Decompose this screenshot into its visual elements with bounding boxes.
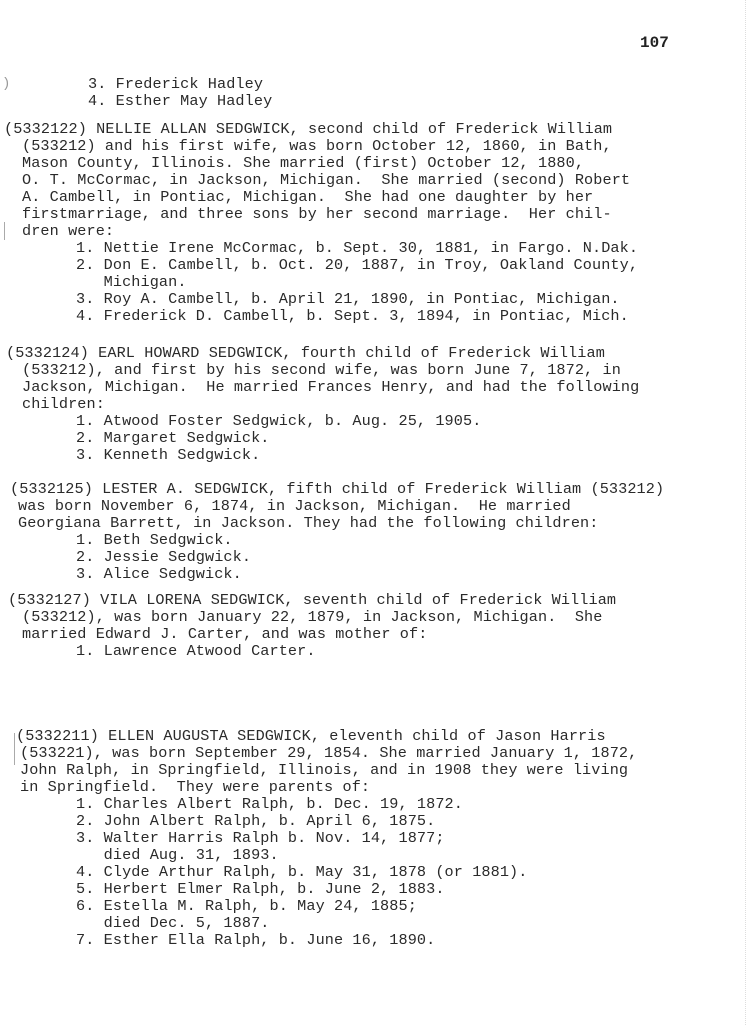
entry-heading-line: (5332125) LESTER A. SEDGWICK, fifth chil… — [10, 481, 664, 498]
margin-bar — [14, 733, 15, 765]
child-list-item: 1. Atwood Foster Sedgwick, b. Aug. 25, 1… — [76, 413, 481, 430]
entry-heading-line: (5332211) ELLEN AUGUSTA SEDGWICK, eleven… — [16, 728, 606, 745]
page-edge — [744, 0, 746, 1025]
child-list-item: 2. Margaret Sedgwick. — [76, 430, 270, 447]
entry-text-line: Jackson, Michigan. He married Frances He… — [22, 379, 639, 396]
entry-text-line: O. T. McCormac, in Jackson, Michigan. Sh… — [22, 172, 630, 189]
child-list-item: 4. Esther May Hadley — [88, 93, 272, 110]
entry-text-line: (533212), and first by his second wife, … — [22, 362, 621, 379]
entry-text-line: (533212) and his first wife, was born Oc… — [22, 138, 612, 155]
page-number: 107 — [640, 34, 669, 52]
entry-heading-line: (5332124) EARL HOWARD SEDGWICK, fourth c… — [6, 345, 605, 362]
entry-text-line: A. Cambell, in Pontiac, Michigan. She ha… — [22, 189, 593, 206]
child-list-item: 2. Jessie Sedgwick. — [76, 549, 251, 566]
child-list-item: died Dec. 5, 1887. — [76, 915, 270, 932]
child-list-item: 6. Estella M. Ralph, b. May 24, 1885; — [76, 898, 417, 915]
child-list-item: 1. Lawrence Atwood Carter. — [76, 643, 316, 660]
child-list-item: 3. Kenneth Sedgwick. — [76, 447, 260, 464]
entry-text-line: John Ralph, in Springfield, Illinois, an… — [20, 762, 628, 779]
entry-text-line: (533212), was born January 22, 1879, in … — [22, 609, 602, 626]
entry-text-line: children: — [22, 396, 105, 413]
entry-text-line: in Springfield. They were parents of: — [20, 779, 370, 796]
document-page: 107 ) 3. Frederick Hadley4. Esther May H… — [0, 0, 750, 1025]
child-list-item: 7. Esther Ella Ralph, b. June 16, 1890. — [76, 932, 435, 949]
child-list-item: 2. John Albert Ralph, b. April 6, 1875. — [76, 813, 435, 830]
entry-text-line: Georgiana Barrett, in Jackson. They had … — [18, 515, 598, 532]
child-list-item: 1. Charles Albert Ralph, b. Dec. 19, 187… — [76, 796, 463, 813]
entry-text-line: (533221), was born September 29, 1854. S… — [20, 745, 637, 762]
child-list-item: 4. Frederick D. Cambell, b. Sept. 3, 189… — [76, 308, 629, 325]
child-list-item: 3. Roy A. Cambell, b. April 21, 1890, in… — [76, 291, 620, 308]
child-list-item: 3. Frederick Hadley — [88, 76, 263, 93]
child-list-item: died Aug. 31, 1893. — [76, 847, 279, 864]
entry-text-line: dren were: — [22, 223, 114, 240]
entry-text-line: Mason County, Illinois. She married (fir… — [22, 155, 584, 172]
child-list-item: 4. Clyde Arthur Ralph, b. May 31, 1878 (… — [76, 864, 528, 881]
child-list-item: Michigan. — [76, 274, 187, 291]
child-list-item: 5. Herbert Elmer Ralph, b. June 2, 1883. — [76, 881, 445, 898]
child-list-item: 1. Beth Sedgwick. — [76, 532, 233, 549]
margin-bar — [4, 222, 5, 240]
margin-mark: ) — [2, 76, 10, 92]
child-list-item: 3. Walter Harris Ralph b. Nov. 14, 1877; — [76, 830, 445, 847]
child-list-item: 2. Don E. Cambell, b. Oct. 20, 1887, in … — [76, 257, 638, 274]
entry-text-line: was born November 6, 1874, in Jackson, M… — [18, 498, 571, 515]
entry-heading-line: (5332127) VILA LORENA SEDGWICK, seventh … — [8, 592, 616, 609]
entry-text-line: married Edward J. Carter, and was mother… — [22, 626, 427, 643]
entry-heading-line: (5332122) NELLIE ALLAN SEDGWICK, second … — [4, 121, 612, 138]
child-list-item: 1. Nettie Irene McCormac, b. Sept. 30, 1… — [76, 240, 638, 257]
child-list-item: 3. Alice Sedgwick. — [76, 566, 242, 583]
entry-text-line: firstmarriage, and three sons by her sec… — [22, 206, 612, 223]
